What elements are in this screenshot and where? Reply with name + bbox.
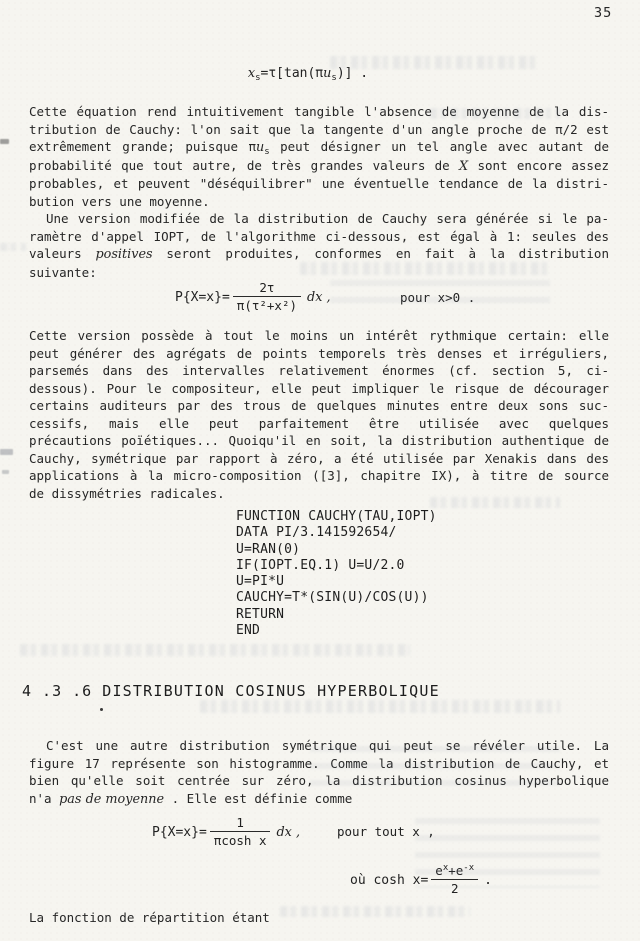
text-line: certains auditeurs par des trous de quel… (29, 397, 609, 415)
text-line: applications à la micro-composition ([3]… (29, 467, 609, 485)
line-fragment: n'a (29, 791, 59, 806)
text-line: bution vers une moyenne. (29, 193, 609, 211)
fraction-numerator: 2τ (233, 281, 301, 296)
text-line: valeurs positives seront produites, conf… (29, 245, 609, 264)
text-line: probables, et peuvent "déséquilibrer" un… (29, 175, 609, 193)
line-fragment: seront produites, conformes en fait à la… (153, 246, 609, 261)
code-line: FUNCTION CAUCHY(TAU,IOPT) (236, 509, 437, 525)
line-fragment: peut désigner un tel angle avec autant d… (270, 139, 609, 154)
code-line: CAUCHY=T*(SIN(U)/COS(U)) (236, 590, 437, 606)
page-number: 35 (594, 5, 612, 21)
math-variable: u (256, 140, 264, 155)
bleed-through-artifact (430, 497, 560, 508)
section-number: 4 .3 .6 (22, 682, 92, 700)
bleed-through-artifact (0, 243, 26, 251)
formula-lhs: P{X=x}= (175, 290, 230, 305)
scan-speck (0, 139, 9, 144)
formula-cauchy-density: P{X=x}= 2τ π(τ²+x²) dx , (175, 281, 331, 313)
bleed-through-artifact (310, 746, 560, 794)
italic-word: positives (95, 247, 152, 262)
math-variable: X (459, 159, 468, 174)
fraction-denominator: π(τ²+x²) (233, 296, 301, 313)
formula-dx: dx , (276, 825, 300, 840)
text-line: dessous). Pour le compositeur, elle peut… (29, 380, 609, 398)
line-fragment: extrêmement grande; puisque π (29, 139, 256, 154)
text-line: peut générer des agrégats de points temp… (29, 345, 609, 363)
formula-fragment: =τ[tan(π (261, 66, 324, 81)
text-line: ramètre d'appel IOPT, de l'algorithme ci… (29, 228, 609, 246)
text-line: tribution de Cauchy: l'on sait que la ta… (29, 121, 609, 139)
paragraph-cauchy-no-mean: Cette équation rend intuitivement tangib… (29, 103, 609, 281)
scan-speck (0, 449, 13, 455)
code-line: RETURN (236, 607, 437, 623)
code-line: END (236, 623, 437, 639)
text-line: précautions poïétiques... Quoiqu'il en s… (29, 432, 609, 450)
code-listing-cauchy-function: FUNCTION CAUCHY(TAU,IOPT) DATA PI/3.1415… (236, 509, 437, 639)
formula-lhs: P{X=x}= (152, 825, 207, 840)
text-line: cessifs, mais elle peut parfaitement êtr… (29, 415, 609, 433)
formula-dx: dx , (307, 290, 331, 305)
italic-phrase: pas de moyenne (59, 792, 164, 807)
text-line: parsemés dans des intervalles relativeme… (29, 362, 609, 380)
text-line: extrêmement grande; puisque πus peut dés… (29, 138, 609, 157)
bleed-through-artifact (330, 56, 540, 69)
code-line: DATA PI/3.141592654/ (236, 525, 437, 541)
bleed-through-artifact (430, 108, 560, 119)
formula-tangent: xs=τ[tan(πus)] . (0, 64, 640, 84)
fraction: 1 πcosh x (210, 816, 271, 848)
text-line: probabilité que tout autre, de très gran… (29, 157, 609, 176)
math-variable: x (248, 66, 255, 81)
bleed-through-artifact (280, 906, 470, 917)
fraction-denominator: πcosh x (210, 831, 271, 848)
line-fragment: probabilité que tout autre, de très gran… (29, 158, 459, 173)
code-line: U=PI*U (236, 574, 437, 590)
bleed-through-artifact (200, 700, 560, 713)
code-line: U=RAN(0) (236, 542, 437, 558)
scan-speck (2, 470, 9, 474)
text-line: Une version modifiée de la distribution … (29, 210, 609, 228)
fraction-numerator: 1 (210, 816, 271, 831)
scan-artifact-dot (100, 708, 103, 711)
scanned-document-page: 35 xs=τ[tan(πus)] . Cette équation rend … (0, 0, 640, 941)
bleed-through-artifact (415, 818, 600, 888)
text-line: Cauchy, symétrique par rapport à zéro, a… (29, 450, 609, 468)
formula-cosh-density: P{X=x}= 1 πcosh x dx , (152, 816, 300, 848)
text-line: Cette version possède à tout le moins un… (29, 327, 609, 345)
bleed-through-artifact (20, 644, 410, 656)
code-line: IF(IOPT.EQ.1) U=U/2.0 (236, 558, 437, 574)
line-fragment: valeurs (29, 246, 95, 261)
section-title: DISTRIBUTION COSINUS HYPERBOLIQUE (102, 682, 440, 700)
section-heading: 4 .3 .6DISTRIBUTION COSINUS HYPERBOLIQUE (22, 682, 440, 700)
bleed-through-artifact (300, 262, 550, 275)
line-fragment: sont encore assez (468, 158, 609, 173)
fraction: 2τ π(τ²+x²) (233, 281, 301, 313)
bleed-through-artifact (330, 280, 550, 308)
paragraph-rhythmic-interest: Cette version possède à tout le moins un… (29, 327, 609, 502)
